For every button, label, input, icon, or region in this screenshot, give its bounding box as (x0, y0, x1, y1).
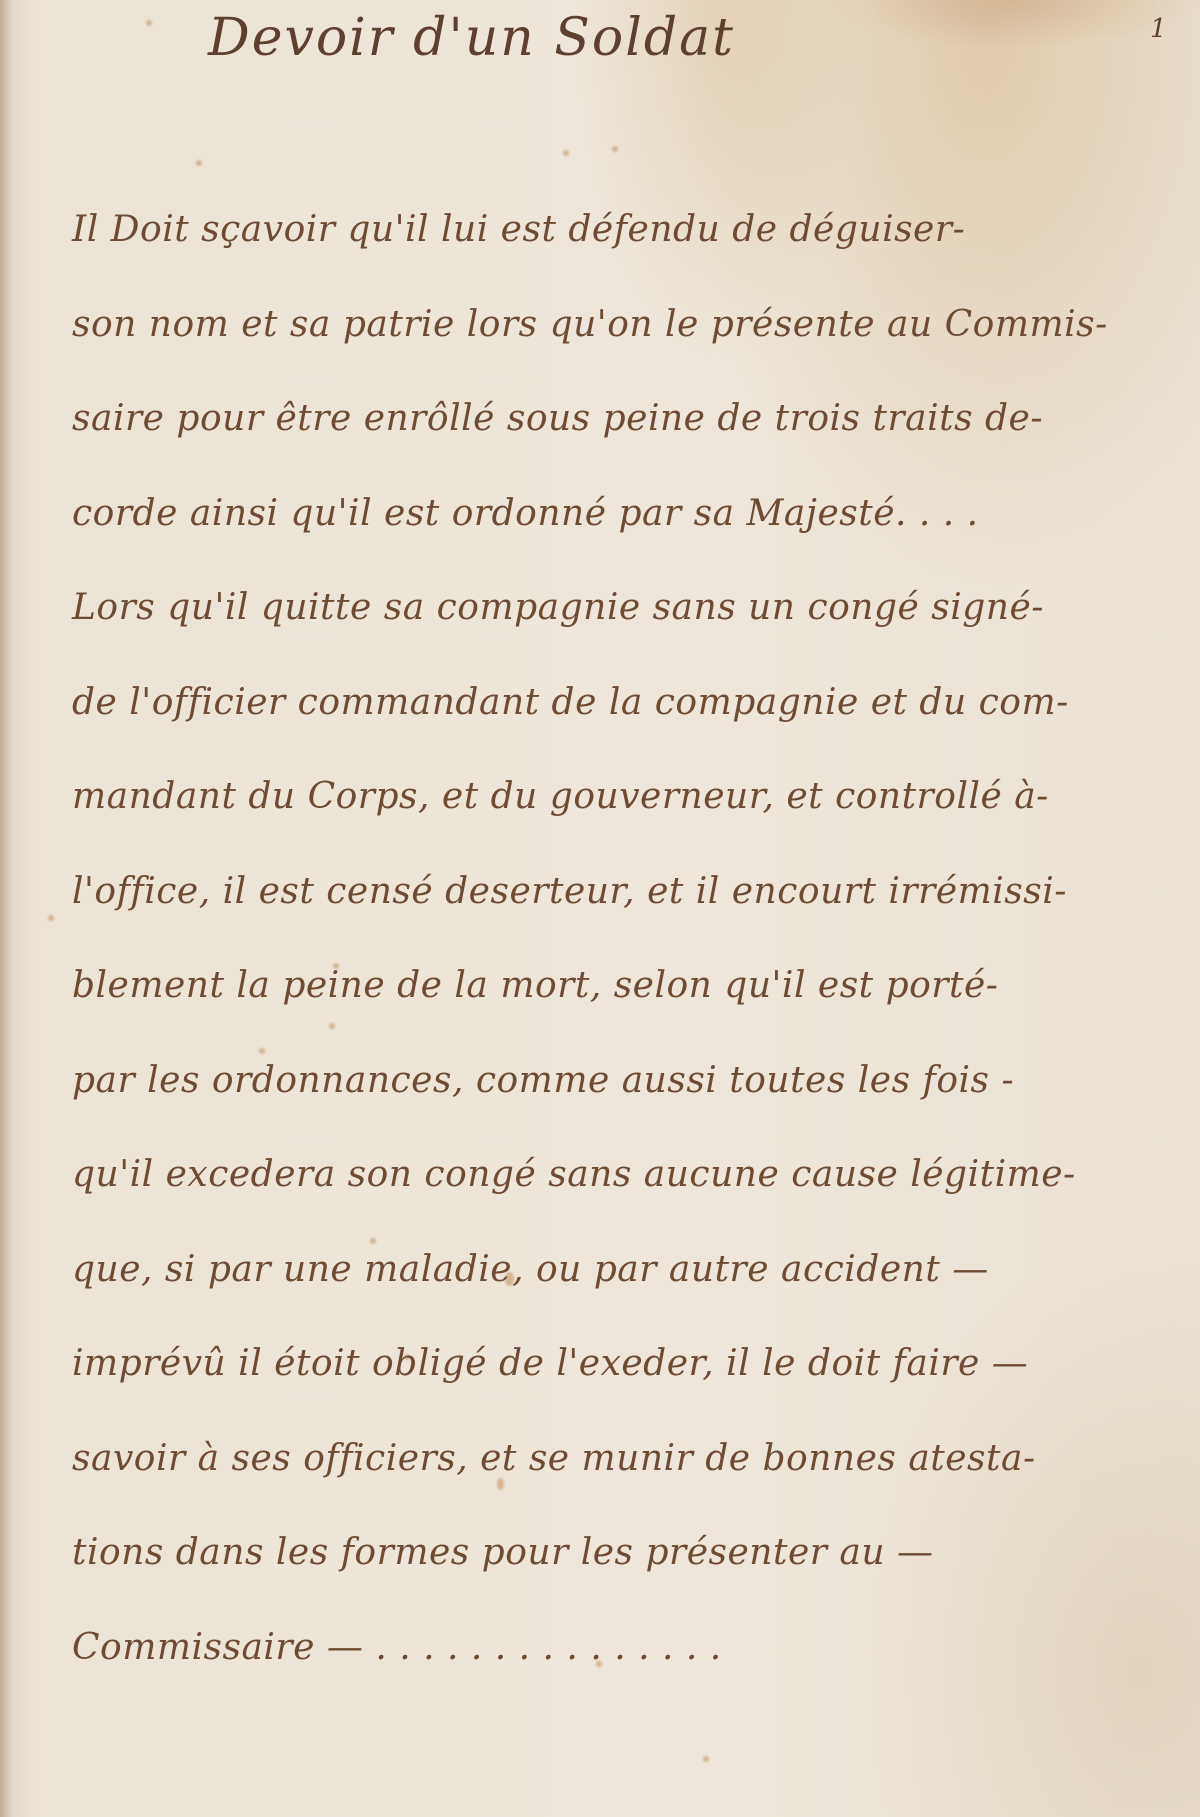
foxing-spot (196, 160, 202, 166)
text-line: mandant du Corps, et du gouverneur, et c… (72, 767, 1152, 862)
text-line: par les ordonnances, comme aussi toutes … (72, 1051, 1152, 1146)
foxing-spot (703, 1756, 709, 1762)
text-line: saire pour être enrôllé sous peine de tr… (72, 389, 1152, 484)
foxing-spot (612, 146, 618, 152)
text-line: l'office, il est censé deserteur, et il … (72, 862, 1152, 957)
text-line: Il Doit sçavoir qu'il lui est défendu de… (72, 200, 1152, 295)
foxing-spot (48, 915, 54, 921)
text-line: que, si par une maladie, ou par autre ac… (72, 1240, 1152, 1335)
text-line: corde ainsi qu'il est ordonné par sa Maj… (72, 484, 1152, 579)
text-line: de l'officier commandant de la compagnie… (72, 673, 1152, 768)
text-line: tions dans les formes pour les présenter… (72, 1523, 1152, 1618)
binding-shadow (0, 0, 12, 1817)
text-line: savoir à ses officiers, et se munir de b… (72, 1429, 1152, 1524)
text-line: son nom et sa patrie lors qu'on le prése… (72, 295, 1152, 390)
foxing-spot (146, 20, 152, 26)
page-number: 1 (1150, 14, 1167, 44)
manuscript-body: Il Doit sçavoir qu'il lui est défendu de… (72, 200, 1152, 1712)
water-stain (820, 0, 1200, 50)
text-line: blement la peine de la mort, selon qu'il… (72, 956, 1152, 1051)
text-line: Lors qu'il quitte sa compagnie sans un c… (72, 578, 1152, 673)
page-title: Devoir d'un Soldat (208, 8, 735, 68)
text-line: imprévû il étoit obligé de l'exeder, il … (72, 1334, 1152, 1429)
text-line: qu'il excedera son congé sans aucune cau… (72, 1145, 1152, 1240)
text-line: Commissaire — . . . . . . . . . . . . . … (72, 1618, 1152, 1713)
manuscript-page: Devoir d'un Soldat 1 Il Doit sçavoir qu'… (0, 0, 1200, 1817)
foxing-spot (563, 150, 569, 156)
